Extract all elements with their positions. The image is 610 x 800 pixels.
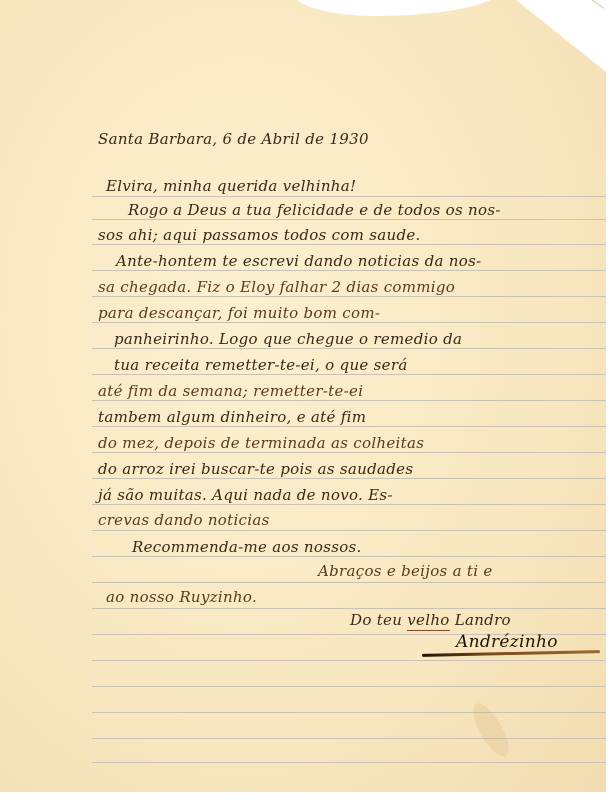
signoff: Do teu velho Landro — [350, 611, 511, 629]
signature: Andrézinho — [456, 632, 558, 652]
ruled-line — [92, 322, 606, 323]
body-line: crevas dando noticias — [98, 511, 270, 529]
ruled-line — [92, 296, 606, 297]
ruled-line — [92, 738, 606, 739]
salutation: Elvira, minha querida velhinha! — [106, 177, 356, 195]
body-line: Rogo a Deus a tua felicidade e de todos … — [128, 201, 501, 219]
body-line: sos ahi; aqui passamos todos com saude. — [98, 226, 421, 244]
body-line: para descançar, foi muito bom com- — [98, 304, 380, 322]
ruled-line — [92, 400, 606, 401]
signoff-suffix: Landro — [455, 611, 511, 629]
body-line: sa chegada. Fiz o Eloy falhar 2 dias com… — [98, 278, 455, 296]
ruled-line — [92, 196, 606, 197]
body-line: já são muitas. Aqui nada de novo. Es- — [98, 486, 393, 504]
ruled-line — [92, 582, 606, 583]
body-line: Ante-hontem te escrevi dando noticias da… — [116, 252, 481, 270]
ruled-line — [92, 244, 606, 245]
signoff-prefix: Do teu — [350, 611, 402, 629]
body-line: tua receita remetter-te-ei, o que será — [114, 356, 408, 374]
ruled-line — [92, 219, 606, 220]
ruled-line — [92, 478, 606, 479]
closing-line: Recommenda-me aos nossos. — [132, 538, 362, 556]
ruled-line — [92, 608, 606, 609]
ruled-line — [92, 504, 606, 505]
body-line: até fim da semana; remetter-te-ei — [98, 382, 363, 400]
folded-corner — [516, 0, 606, 72]
ruled-line — [92, 762, 606, 763]
body-line: do mez, depois de terminada as colheitas — [98, 434, 424, 452]
letter-page: Santa Barbara, 6 de Abril de 1930 Elvira… — [0, 0, 606, 792]
ruled-line — [92, 556, 606, 557]
body-line: do arroz irei buscar-te pois as saudades — [98, 460, 413, 478]
signature-flourish — [422, 650, 600, 657]
ruled-line — [92, 686, 606, 687]
ruled-line — [92, 374, 606, 375]
torn-edge — [290, 0, 500, 16]
body-line: panheirinho. Logo que chegue o remedio d… — [114, 330, 462, 348]
dateline: Santa Barbara, 6 de Abril de 1930 — [98, 130, 369, 148]
body-line: tambem algum dinheiro, e até fim — [98, 408, 366, 426]
closing-line: ao nosso Ruyzinho. — [106, 588, 257, 606]
paper-stain — [466, 699, 515, 762]
ruled-line — [92, 530, 606, 531]
ruled-line — [92, 270, 606, 271]
ruled-line — [92, 660, 606, 661]
ruled-line — [92, 348, 606, 349]
ruled-line — [92, 452, 606, 453]
ruled-line — [92, 712, 606, 713]
closing-line: Abraços e beijos a ti e — [318, 562, 493, 580]
ruled-line — [92, 426, 606, 427]
signoff-underlined-word: velho — [407, 611, 449, 631]
